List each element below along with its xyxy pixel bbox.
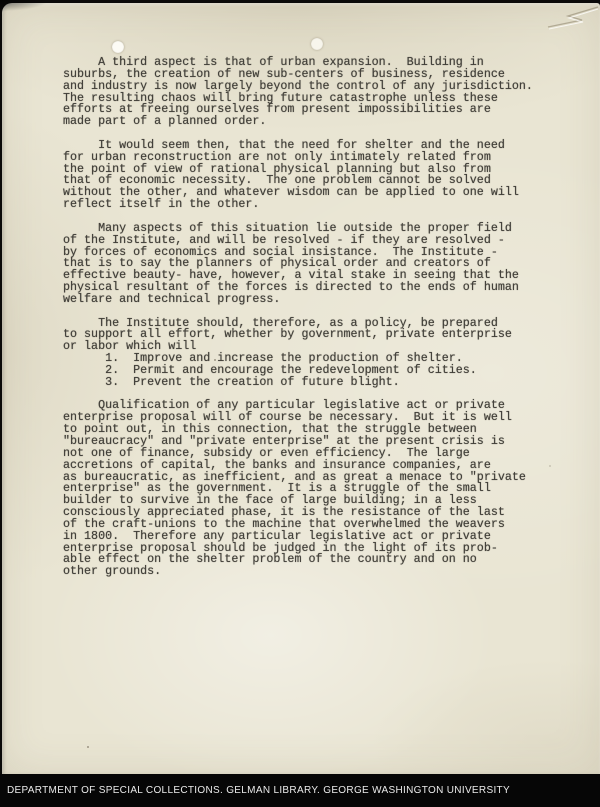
paper-crease [440, 3, 600, 63]
ink-speck [549, 465, 551, 467]
typewritten-text: A third aspect is that of urban expansio… [63, 57, 533, 578]
punch-hole-right-icon [311, 38, 323, 50]
caption-text: DEPARTMENT OF SPECIAL COLLECTIONS. GELMA… [7, 785, 510, 796]
ink-speck [87, 746, 89, 748]
punch-hole-left-icon [112, 41, 124, 53]
document-page: A third aspect is that of urban expansio… [2, 3, 600, 774]
caption-bar: DEPARTMENT OF SPECIAL COLLECTIONS. GELMA… [0, 774, 600, 807]
scan-frame: A third aspect is that of urban expansio… [0, 0, 600, 807]
ink-speck [214, 359, 216, 361]
